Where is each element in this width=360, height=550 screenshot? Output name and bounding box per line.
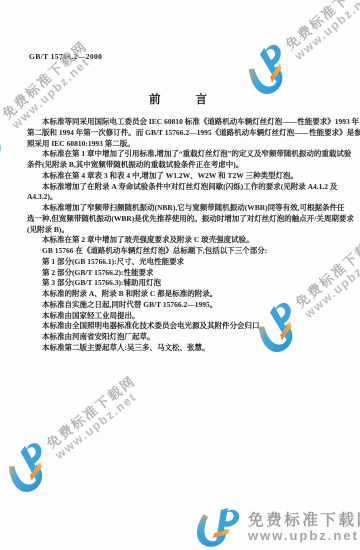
watermark-site-url: www.upbz.net — [292, 0, 360, 63]
watermark-bottom-right: 免费标准下载网 www.upbz.net — [191, 503, 360, 550]
text-line: 本标准增加了窄频带扫频随机振动(NBR),它与宽频带随机振动(WBR)同等有效,… — [27, 203, 349, 214]
text-line: 第 1 部分(GB 15766.1):尺寸、光电性能要求 — [27, 257, 349, 268]
watermark-site-name: 免费标准下载网 — [0, 38, 90, 122]
up-logo-icon — [0, 105, 23, 178]
watermark-site-url: www.upbz.net — [53, 385, 147, 462]
text-line: 第二版和 1994 年第一次修订件。而 GB/T 15766.2—1995《道路… — [27, 128, 349, 139]
text-line: GB 15766 在《道路机动车辆灯丝灯泡》总标题下,包括以下三个部分: — [27, 246, 349, 257]
text-line: 本标准由全国照明电器标准化技术委员会电光源及其附件分会归口。 — [27, 321, 349, 332]
text-line: (见附录 B)。 — [27, 225, 349, 236]
up-logo-icon — [191, 503, 241, 550]
watermark-site-name: 免费标准下载网 — [248, 512, 360, 529]
text-line: 本标准自实施之日起,同时代替 GB/T 15766.2—1995。 — [27, 300, 349, 311]
text-line: 本标准等同采用国际电工委员会 IEC 60810 标准《道路机动车辆灯丝灯泡——… — [27, 117, 349, 128]
text-line: 条件(见附录 B,其中宽频带随机振动的重载试验条件正在考虑中)。 — [27, 160, 349, 171]
text-line: 第 2 部分(GB/T 15766.2):性能要求 — [27, 268, 349, 279]
page-title: 前 言 — [0, 91, 360, 107]
text-line: 本标准在第 4 章表 3 和表 4 中,增加了 W1.2W、W2W 和 T2W … — [27, 171, 349, 182]
watermark-site-name: 免费标准下载网 — [44, 373, 139, 452]
text-line: 本标准第二版主要起草人:吴三多、马文松、张慧。 — [27, 343, 349, 354]
watermark-text: 免费标准下载网 www.upbz.net — [44, 373, 147, 462]
watermark-site-url: www.upbz.net — [248, 529, 360, 544]
text-line: 本标准在第 1 章中增加了引用标准,增加了“重载灯丝灯泡”的定义及窄频带随机振动… — [27, 149, 349, 160]
text-line: 本标准由河南省安阳灯泡厂起草。 — [27, 332, 349, 343]
foreword-text: 本标准等同采用国际电工委员会 IEC 60810 标准《道路机动车辆灯丝灯泡——… — [27, 117, 349, 354]
document-page: GB/T 15766.2—2000 前 言 本标准等同采用国际电工委员会 IEC… — [0, 0, 360, 550]
standard-number: GB/T 15766.2—2000 — [29, 52, 102, 61]
text-line: 照采用 IEC 60810:1993 第二版。 — [27, 139, 349, 150]
watermark-text: 免费标准下载网 www.upbz.net — [248, 512, 360, 544]
text-line: 本标准在第 2 章中增加了玻壳强度要求及附录 C 玻壳强度试验。 — [27, 235, 349, 246]
text-line: 本标准增加了在附录 A 寿命试验条件中对灯丝灯泡间歇(闪烁)工作的要求(见附录 … — [27, 182, 349, 193]
text-line: 第 3 部分(GB/T 15766.3):辅助用灯泡 — [27, 278, 349, 289]
text-line: 本标准由国家轻工业局提出。 — [27, 311, 349, 322]
watermark-site-name: 免费标准下载网 — [283, 0, 360, 53]
text-line: A4.3.2)。 — [27, 192, 349, 203]
text-line: 选一种,但宽频带随机振动(WBR)是优先推荐使用的。振动时增加了对灯丝灯泡的触点… — [27, 214, 349, 225]
text-line: 本标准的附录 A、附录 B 和附录 C 都是标准的附录。 — [27, 289, 349, 300]
watermark-text: 免费标准下载网 www.upbz.net — [283, 0, 360, 63]
up-logo-icon — [0, 434, 64, 507]
watermark-bottom-left: 免费标准下载网 www.upbz.net — [0, 364, 154, 507]
